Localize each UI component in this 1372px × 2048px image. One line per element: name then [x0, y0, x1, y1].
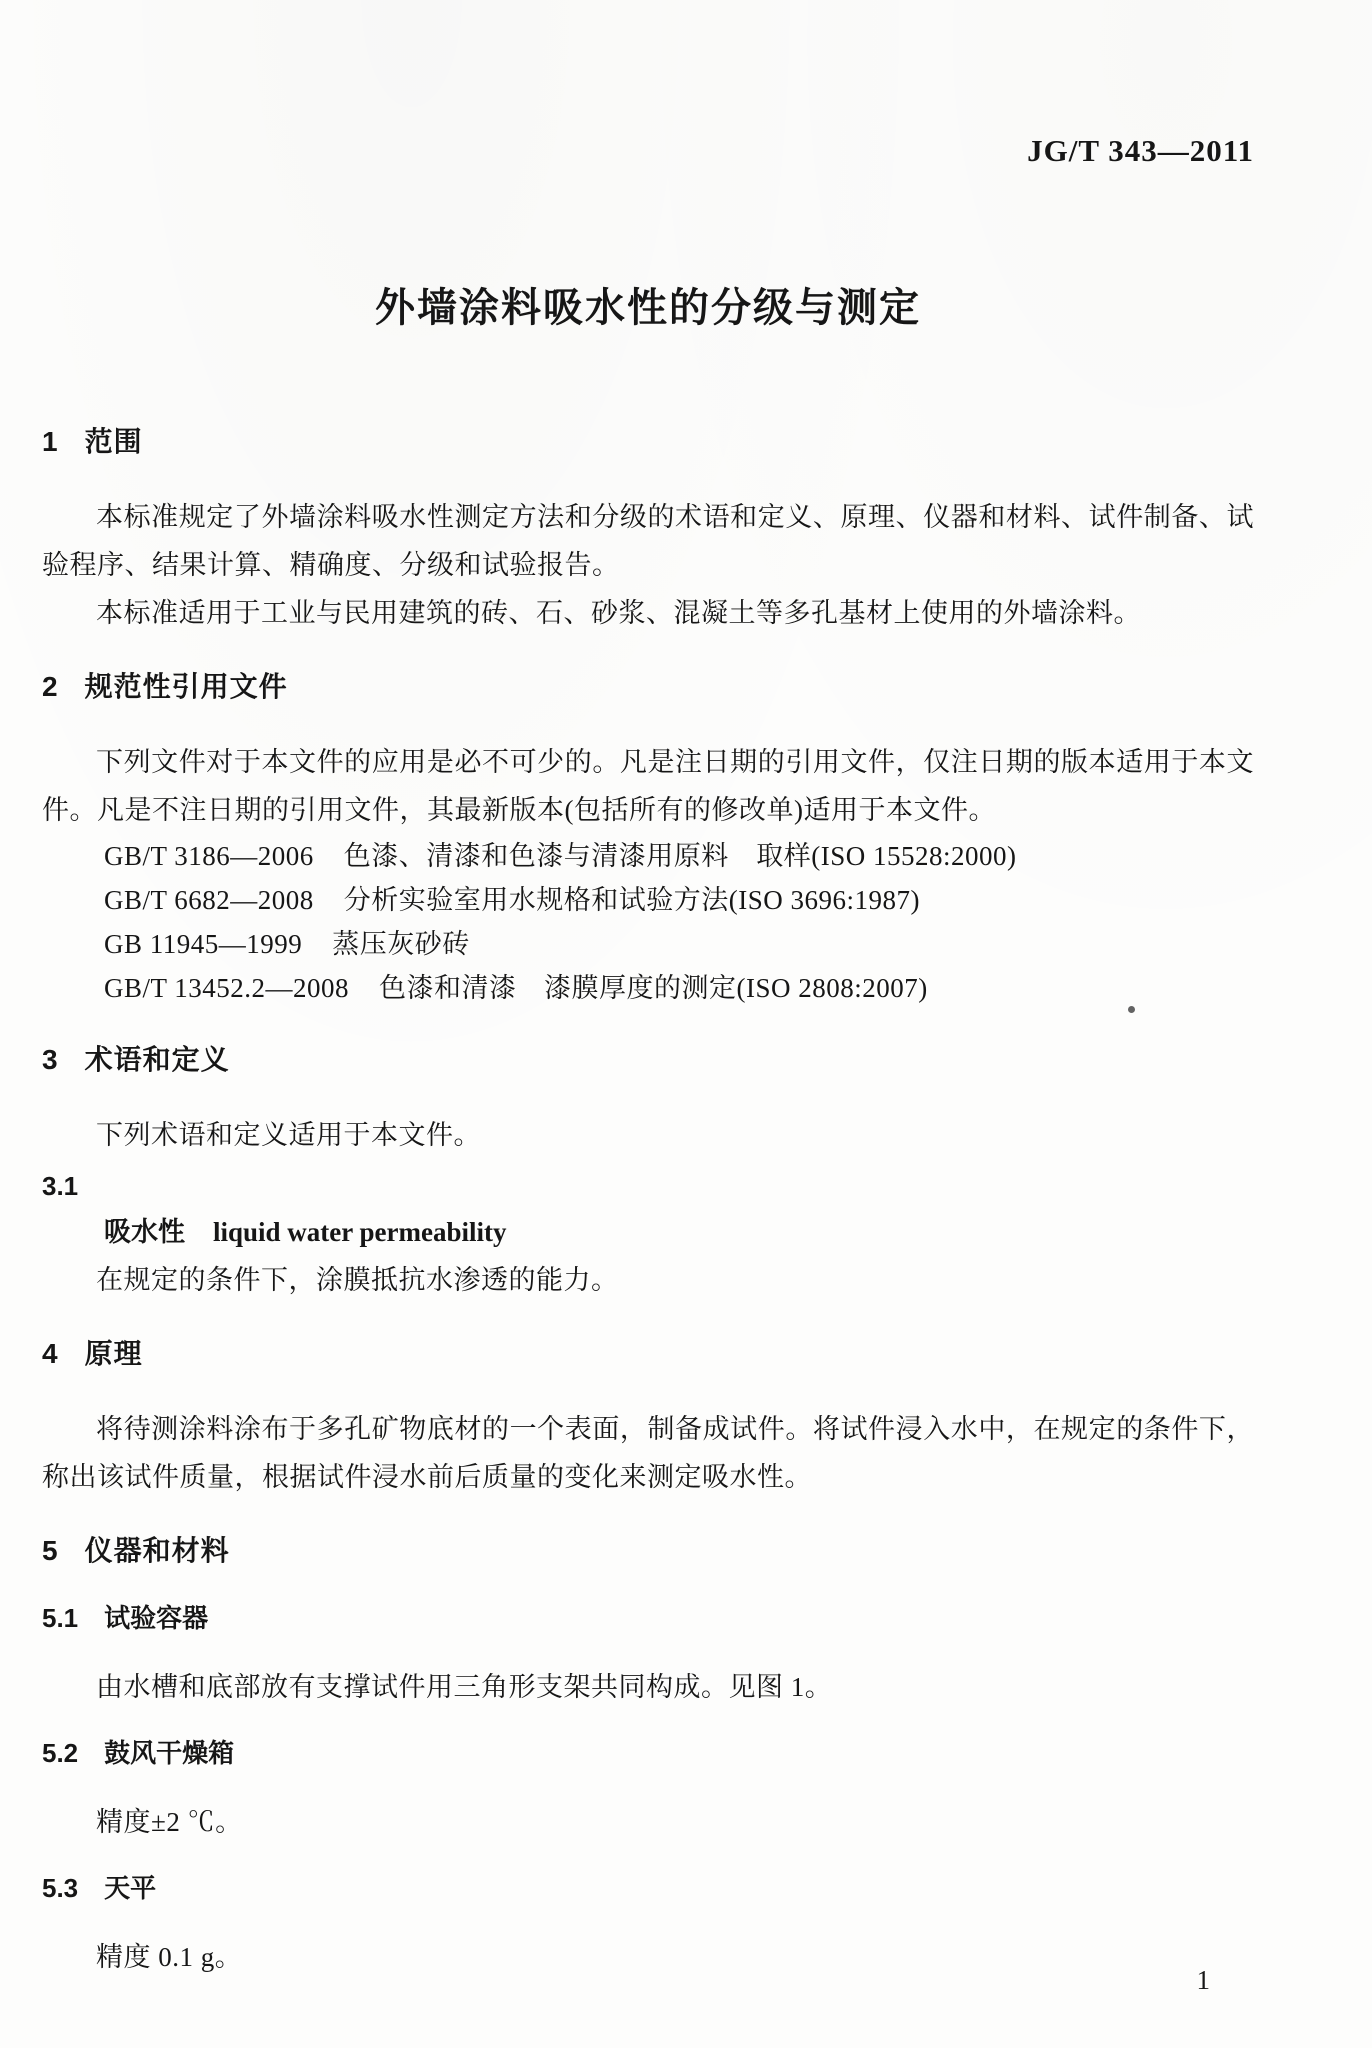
paragraph-balance: 精度 0.1 g。: [42, 1933, 1254, 1981]
document-title: 外墙涂料吸水性的分级与测定: [42, 283, 1254, 333]
section-title: 范围: [85, 425, 143, 458]
reference-code: GB/T 6682—2008: [104, 885, 314, 915]
clause-number: 3.1: [42, 1171, 1254, 1201]
reference-title: 色漆、清漆和色漆与清漆用原料 取样(ISO 15528:2000): [344, 841, 1017, 871]
reference-code: GB 11945—1999: [104, 929, 302, 959]
section-number: 4: [42, 1337, 59, 1371]
reference-item: GB 11945—1999蒸压灰砂砖: [104, 922, 1254, 966]
section-terms-definitions: 3术语和定义 下列术语和定义适用于本文件。 3.1 吸水性liquid wate…: [42, 1043, 1254, 1304]
section-scope: 1范围 本标准规定了外墙涂料吸水性测定方法和分级的术语和定义、原理、仪器和材料、…: [42, 425, 1254, 637]
subsection-title: 试验容器: [104, 1604, 208, 1634]
reference-item: GB/T 3186—2006色漆、清漆和色漆与清漆用原料 取样(ISO 1552…: [104, 834, 1254, 878]
paragraph-references-intro: 下列文件对于本文件的应用是必不可少的。凡是注日期的引用文件，仅注日期的版本适用于…: [42, 738, 1254, 834]
document-page: JG/T 343—2011 外墙涂料吸水性的分级与测定 1范围 本标准规定了外墙…: [0, 0, 1372, 2048]
scan-speck: [1128, 1006, 1135, 1013]
reference-title: 分析实验室用水规格和试验方法(ISO 3696:1987): [344, 885, 920, 915]
reference-code: GB/T 13452.2—2008: [104, 973, 349, 1003]
section-normative-references: 2规范性引用文件 下列文件对于本文件的应用是必不可少的。凡是注日期的引用文件，仅…: [42, 670, 1254, 1010]
reference-code: GB/T 3186—2006: [104, 841, 314, 871]
section-title: 规范性引用文件: [85, 670, 288, 703]
paragraph-terms-intro: 下列术语和定义适用于本文件。: [42, 1111, 1254, 1159]
page-content: JG/T 343—2011 外墙涂料吸水性的分级与测定 1范围 本标准规定了外墙…: [42, 0, 1254, 1981]
paragraph-drying-oven: 精度±2 ℃。: [42, 1798, 1254, 1846]
section-number: 2: [42, 670, 59, 704]
subsection-title: 鼓风干燥箱: [104, 1739, 234, 1769]
section-title: 仪器和材料: [85, 1534, 230, 1567]
term-chinese: 吸水性: [104, 1217, 185, 1248]
section-heading-scope: 1范围: [42, 425, 1254, 459]
section-number: 3: [42, 1043, 59, 1077]
term-definition: 在规定的条件下，涂膜抵抗水渗透的能力。: [42, 1256, 1254, 1304]
standard-code: JG/T 343—2011: [42, 0, 1254, 169]
subsection-title: 天平: [104, 1874, 156, 1904]
reference-item: GB/T 6682—2008分析实验室用水规格和试验方法(ISO 3696:19…: [104, 878, 1254, 922]
paragraph-principle: 将待测涂料涂布于多孔矿物底材的一个表面，制备成试件。将试件浸入水中，在规定的条件…: [42, 1405, 1254, 1501]
section-apparatus-materials: 5仪器和材料 5.1试验容器 由水槽和底部放有支撑试件用三角形支架共同构成。见图…: [42, 1534, 1254, 1981]
subsection-heading-test-container: 5.1试验容器: [42, 1602, 1254, 1635]
subsection-heading-balance: 5.3天平: [42, 1872, 1254, 1905]
page-number: 1: [1197, 1965, 1211, 1996]
reference-title: 蒸压灰砂砖: [332, 929, 470, 959]
section-principle: 4原理 将待测涂料涂布于多孔矿物底材的一个表面，制备成试件。将试件浸入水中，在规…: [42, 1337, 1254, 1501]
reference-item: GB/T 13452.2—2008色漆和清漆 漆膜厚度的测定(ISO 2808:…: [104, 966, 1254, 1010]
term-entry: 吸水性liquid water permeability: [42, 1209, 1254, 1256]
section-number: 5: [42, 1534, 59, 1568]
section-heading-apparatus: 5仪器和材料: [42, 1534, 1254, 1568]
paragraph-scope-1: 本标准规定了外墙涂料吸水性测定方法和分级的术语和定义、原理、仪器和材料、试件制备…: [42, 493, 1254, 589]
subsection-number: 5.2: [42, 1737, 78, 1769]
section-title: 术语和定义: [85, 1043, 230, 1076]
term-english: liquid water permeability: [213, 1217, 507, 1247]
reference-title: 色漆和清漆 漆膜厚度的测定(ISO 2808:2007): [379, 973, 928, 1003]
subsection-heading-drying-oven: 5.2鼓风干燥箱: [42, 1737, 1254, 1770]
reference-list: GB/T 3186—2006色漆、清漆和色漆与清漆用原料 取样(ISO 1552…: [42, 834, 1254, 1010]
paragraph-test-container: 由水槽和底部放有支撑试件用三角形支架共同构成。见图 1。: [42, 1663, 1254, 1711]
subsection-number: 5.3: [42, 1872, 78, 1904]
section-heading-terms: 3术语和定义: [42, 1043, 1254, 1077]
section-heading-principle: 4原理: [42, 1337, 1254, 1371]
section-number: 1: [42, 425, 59, 459]
paragraph-scope-2: 本标准适用于工业与民用建筑的砖、石、砂浆、混凝土等多孔基材上使用的外墙涂料。: [42, 589, 1254, 637]
section-heading-references: 2规范性引用文件: [42, 670, 1254, 704]
subsection-number: 5.1: [42, 1602, 78, 1634]
section-title: 原理: [85, 1337, 143, 1370]
